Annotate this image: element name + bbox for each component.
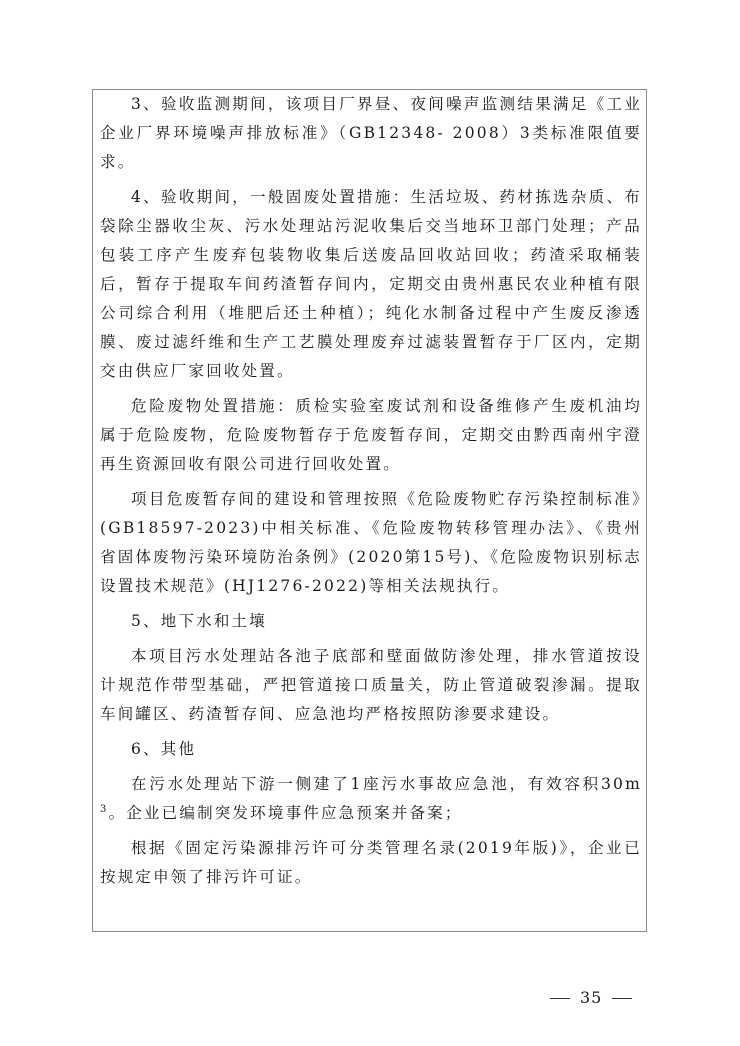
page-number: 35 — [580, 988, 602, 1007]
page-number-footer: 35 — [540, 988, 642, 1007]
dash-right — [612, 998, 632, 999]
section-heading-groundwater-soil: 5、地下水和土壤 — [100, 601, 642, 636]
content-table-frame: 3、验收监测期间，该项目厂界昼、夜间噪声监测结果满足《工业企业厂界环境噪声排放标… — [92, 89, 647, 932]
paragraph-groundwater-soil: 本项目污水处理站各池子底部和壁面做防渗处理，排水管道按设计规范作带型基础，严把管… — [100, 636, 642, 729]
paragraph-hazardous-waste-disposal: 危险废物处置措施：质检实验室废试剂和设备维修产生废机油均属于危险废物，危险废物暂… — [100, 386, 642, 479]
content-body: 3、验收监测期间，该项目厂界昼、夜间噪声监测结果满足《工业企业厂界环境噪声排放标… — [100, 90, 642, 892]
section-heading-other: 6、其他 — [100, 729, 642, 764]
paragraph-emergency-pool: 在污水处理站下游一侧建了1座污水事故应急池，有效容积30m3。企业已编制突发环境… — [100, 764, 642, 828]
paragraph-noise-monitoring: 3、验收监测期间，该项目厂界昼、夜间噪声监测结果满足《工业企业厂界环境噪声排放标… — [100, 90, 642, 177]
emergency-pool-text-before: 在污水处理站下游一侧建了1座污水事故应急池，有效容积30m — [131, 775, 642, 793]
paragraph-general-solid-waste: 4、验收期间，一般固废处置措施：生活垃圾、药材拣选杂质、布袋除尘器收尘灰、污水处… — [100, 177, 642, 386]
dash-left — [550, 998, 570, 999]
superscript-cubic: 3 — [100, 804, 109, 815]
paragraph-hazardous-waste-storage-standards: 项目危废暂存间的建设和管理按照《危险废物贮存污染控制标准》(GB18597-20… — [100, 479, 642, 601]
paragraph-discharge-permit: 根据《固定污染源排污许可分类管理名录(2019年版)》，企业已按规定申领了排污许… — [100, 828, 642, 892]
emergency-pool-text-after: 。企业已编制突发环境事件应急预案并备案； — [109, 804, 463, 822]
